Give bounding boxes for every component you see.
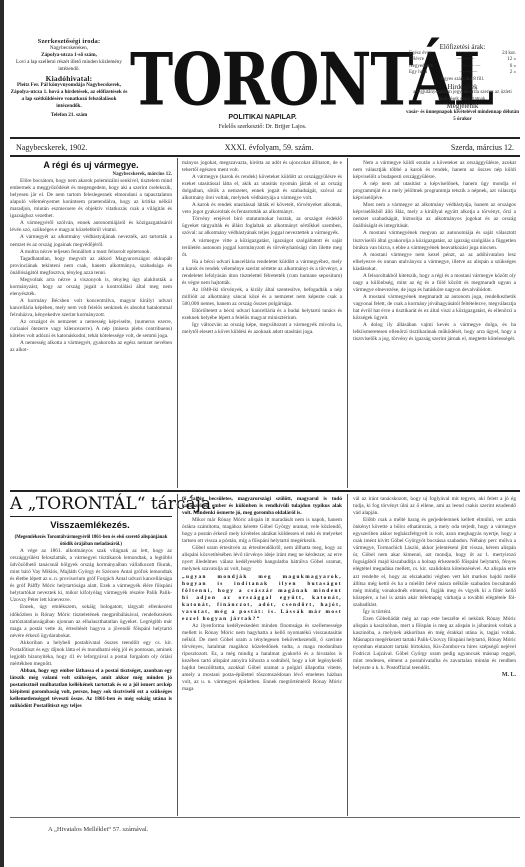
paragraph: Göbel uram értesítvén az értesítendőkről…	[182, 545, 342, 573]
paragraph: A nép nem ad utasitást a képviselőnek, h…	[353, 181, 516, 202]
feuilleton-intro: (Megemlékezés Torontálvármegyéről 1861-b…	[10, 534, 172, 548]
article-byline: Nagybecskerek, március 12.	[10, 171, 172, 178]
newspaper-subtitle: POLITIKAI NAPILAP.	[130, 114, 395, 121]
newspaper-title: TORONTÁL	[130, 42, 395, 117]
paragraph: A dolog ily állásában vajmi kevés a várm…	[353, 322, 516, 343]
paragraph: Törvény erejével bíró statutumokat hozta…	[182, 216, 342, 237]
lead-article-col1: A régi és uj vármegye. Nagybecskerek, má…	[10, 158, 172, 488]
volume-issue: XXXI. évfolyam, 59. szám.	[219, 143, 320, 152]
issue-date: Szerda, március 12.	[445, 143, 520, 152]
feuilleton-col2: fő talpig becsületes, magyarországi szül…	[182, 496, 342, 816]
paragraph: Abban, hogy egy ember láthassa el a post…	[10, 668, 172, 710]
paragraph: A felsoroltakból kitetszik, hogy a régi …	[353, 273, 516, 294]
office-city: Nagybecskereken,	[10, 45, 128, 52]
paragraph: Így is történt.	[353, 609, 516, 616]
signature: M. L.	[353, 672, 516, 679]
publisher-heading: Kiadóhivatal:	[10, 75, 128, 82]
prices-heading: Előfizetési árak:	[405, 44, 520, 51]
section-rule	[10, 490, 520, 492]
masthead-right-info: Előfizetési árak: Egész évre— — —24 kor.…	[405, 44, 520, 123]
editor-line: Felelős szerkesztő: Dr. Brijjer Lajos.	[130, 124, 395, 130]
price-row: Félévre— — —12 »	[405, 57, 520, 64]
paragraph: Előre bocsátom, hogy nem akarok polemizá…	[10, 178, 172, 220]
column-divider	[347, 494, 348, 816]
paragraph: Az országot és nemzetet a nemesség képvi…	[10, 319, 172, 340]
feuilleton-headline: Visszaemlékezés.	[10, 520, 170, 531]
paragraph: A vége az 1861. alkotmányos szak világna…	[10, 548, 172, 604]
column-divider	[347, 158, 348, 488]
paragraph: A mostani vármegye nem kezel pénzt, az a…	[353, 252, 516, 273]
paragraph: Az ilyenforma kedélyeskedést minden fino…	[182, 623, 342, 693]
paragraph: A vármegyéről szólván, ennek autonomiájá…	[10, 220, 172, 234]
paragraph: A karok és rendek utasitással látták el …	[182, 202, 342, 216]
price-row: Negyedévre— — —6 »	[405, 64, 520, 71]
feuilleton-title-rule	[10, 516, 172, 517]
phone-number: Telefon 21. szám	[10, 112, 128, 119]
publisher-text: Pleitz Fer. Pál könyvnyomdája Nagybecske…	[10, 82, 128, 110]
paragraph: A multra nézve teljesen fennállott a mos…	[10, 249, 172, 256]
paragraph: Tagadhatatlan, hogy megvolt az akkori Ma…	[10, 256, 172, 277]
rule-bottom	[10, 155, 520, 157]
rule-top	[10, 137, 520, 139]
office-street: Zápolya-utcza 1-ső szám,	[10, 52, 128, 59]
column-divider	[177, 158, 178, 488]
paragraph: fő talpig becsületes, magyarországi szül…	[182, 496, 342, 517]
paragraph: Igy változván az ország képe, megváltozo…	[182, 322, 342, 336]
paragraph: A vármegye vitte a közigazgatást, igazsá…	[182, 238, 342, 259]
price-row: Egy hóra— — —2 »	[405, 70, 520, 77]
office-note: Lovi a lap szellemi részét illető minden…	[10, 59, 128, 73]
paragraph: Megvoltak arra nézve a viszonyok is, tén…	[10, 277, 172, 298]
place-year: Nagybecskerek, 1902.	[10, 143, 93, 152]
supplement-note: A „Hivatalos Melléklet“ 57. számával.	[48, 826, 148, 833]
bottom-rule	[10, 817, 520, 818]
paragraph: Eltöröltetett a bécsi udvari kancellária…	[182, 308, 342, 322]
paragraph: mányos jogokat, megszavazta, kirótta az …	[182, 160, 342, 174]
appears-text: vasár- és ünnepnapok kivételével mindenn…	[405, 110, 520, 123]
lead-article-col2: mányos jogokat, megszavazta, kirótta az …	[182, 160, 342, 488]
paragraph: Akkoriban a helybeli postahivatal összes…	[10, 640, 172, 668]
paragraph: A mostani vármegyének megmaradt az auton…	[353, 294, 516, 322]
dateline: Nagybecskerek, 1902. XXXI. évfolyam, 59.…	[10, 141, 520, 154]
feuilleton-col3: vál az iránt tanácskozott, hogy uj fogly…	[353, 496, 516, 806]
paragraph: Előbb csak a mélté harag és gerjedelemne…	[353, 517, 516, 609]
paragraph: Ha a bécsi udvari kancellária rendeletet…	[182, 259, 342, 287]
page-edge-shadow	[0, 0, 4, 867]
masthead: Szerkesztőségi iroda: Nagybecskereken, Z…	[10, 38, 520, 128]
paragraph: Az 1848-iki törvények, a király által sz…	[182, 287, 342, 308]
paragraph: Nem a vármegye küldi ezután a követeket …	[353, 160, 516, 181]
appears-heading: Megjelenik	[405, 103, 520, 110]
masthead-left-info: Szerkesztőségi iroda: Nagybecskereken, Z…	[10, 38, 128, 119]
office-heading: Szerkesztőségi iroda:	[10, 38, 128, 45]
paragraph: Most nem a vármegye az alkotmány védbást…	[353, 202, 516, 230]
paragraph: A vármegye (karok és rendek) követeket k…	[182, 174, 342, 202]
paragraph: Ennek, úgy emlékszem, sokáig hologatott,…	[10, 604, 172, 639]
quoted-speech: „ugyan mondják meg magukmagyarok, hogyan…	[182, 574, 342, 623]
paragraph: vál az iránt tanácskozott, hogy uj fogly…	[353, 496, 516, 517]
lead-article-col3: Nem a vármegye küldi ezután a követeket …	[353, 160, 516, 488]
paragraph: A kormány Bécsben volt koncentrálva, mag…	[10, 298, 172, 319]
paragraph: A vármegyét az alkotmány védbástyájának …	[10, 234, 172, 248]
paragraph: A nemesség alkotta a vármegyét, gyakorol…	[10, 340, 172, 354]
paragraph: A mostani vármegyének megvan az autonomi…	[353, 230, 516, 251]
paragraph: Ezen Göbeliádát még az nap este beszélte…	[353, 616, 516, 672]
column-divider	[177, 494, 178, 816]
ads-heading: Hirdetések	[405, 84, 520, 91]
feuilleton-col1: (Megemlékezés Torontálvármegyéről 1861-b…	[10, 534, 172, 816]
paragraph: Mikor már Rónay Móric alispán itt maradá…	[182, 517, 342, 545]
article-headline: A régi és uj vármegye.	[10, 162, 172, 169]
price-row: Egész évre— — —24 kor.	[405, 51, 520, 58]
